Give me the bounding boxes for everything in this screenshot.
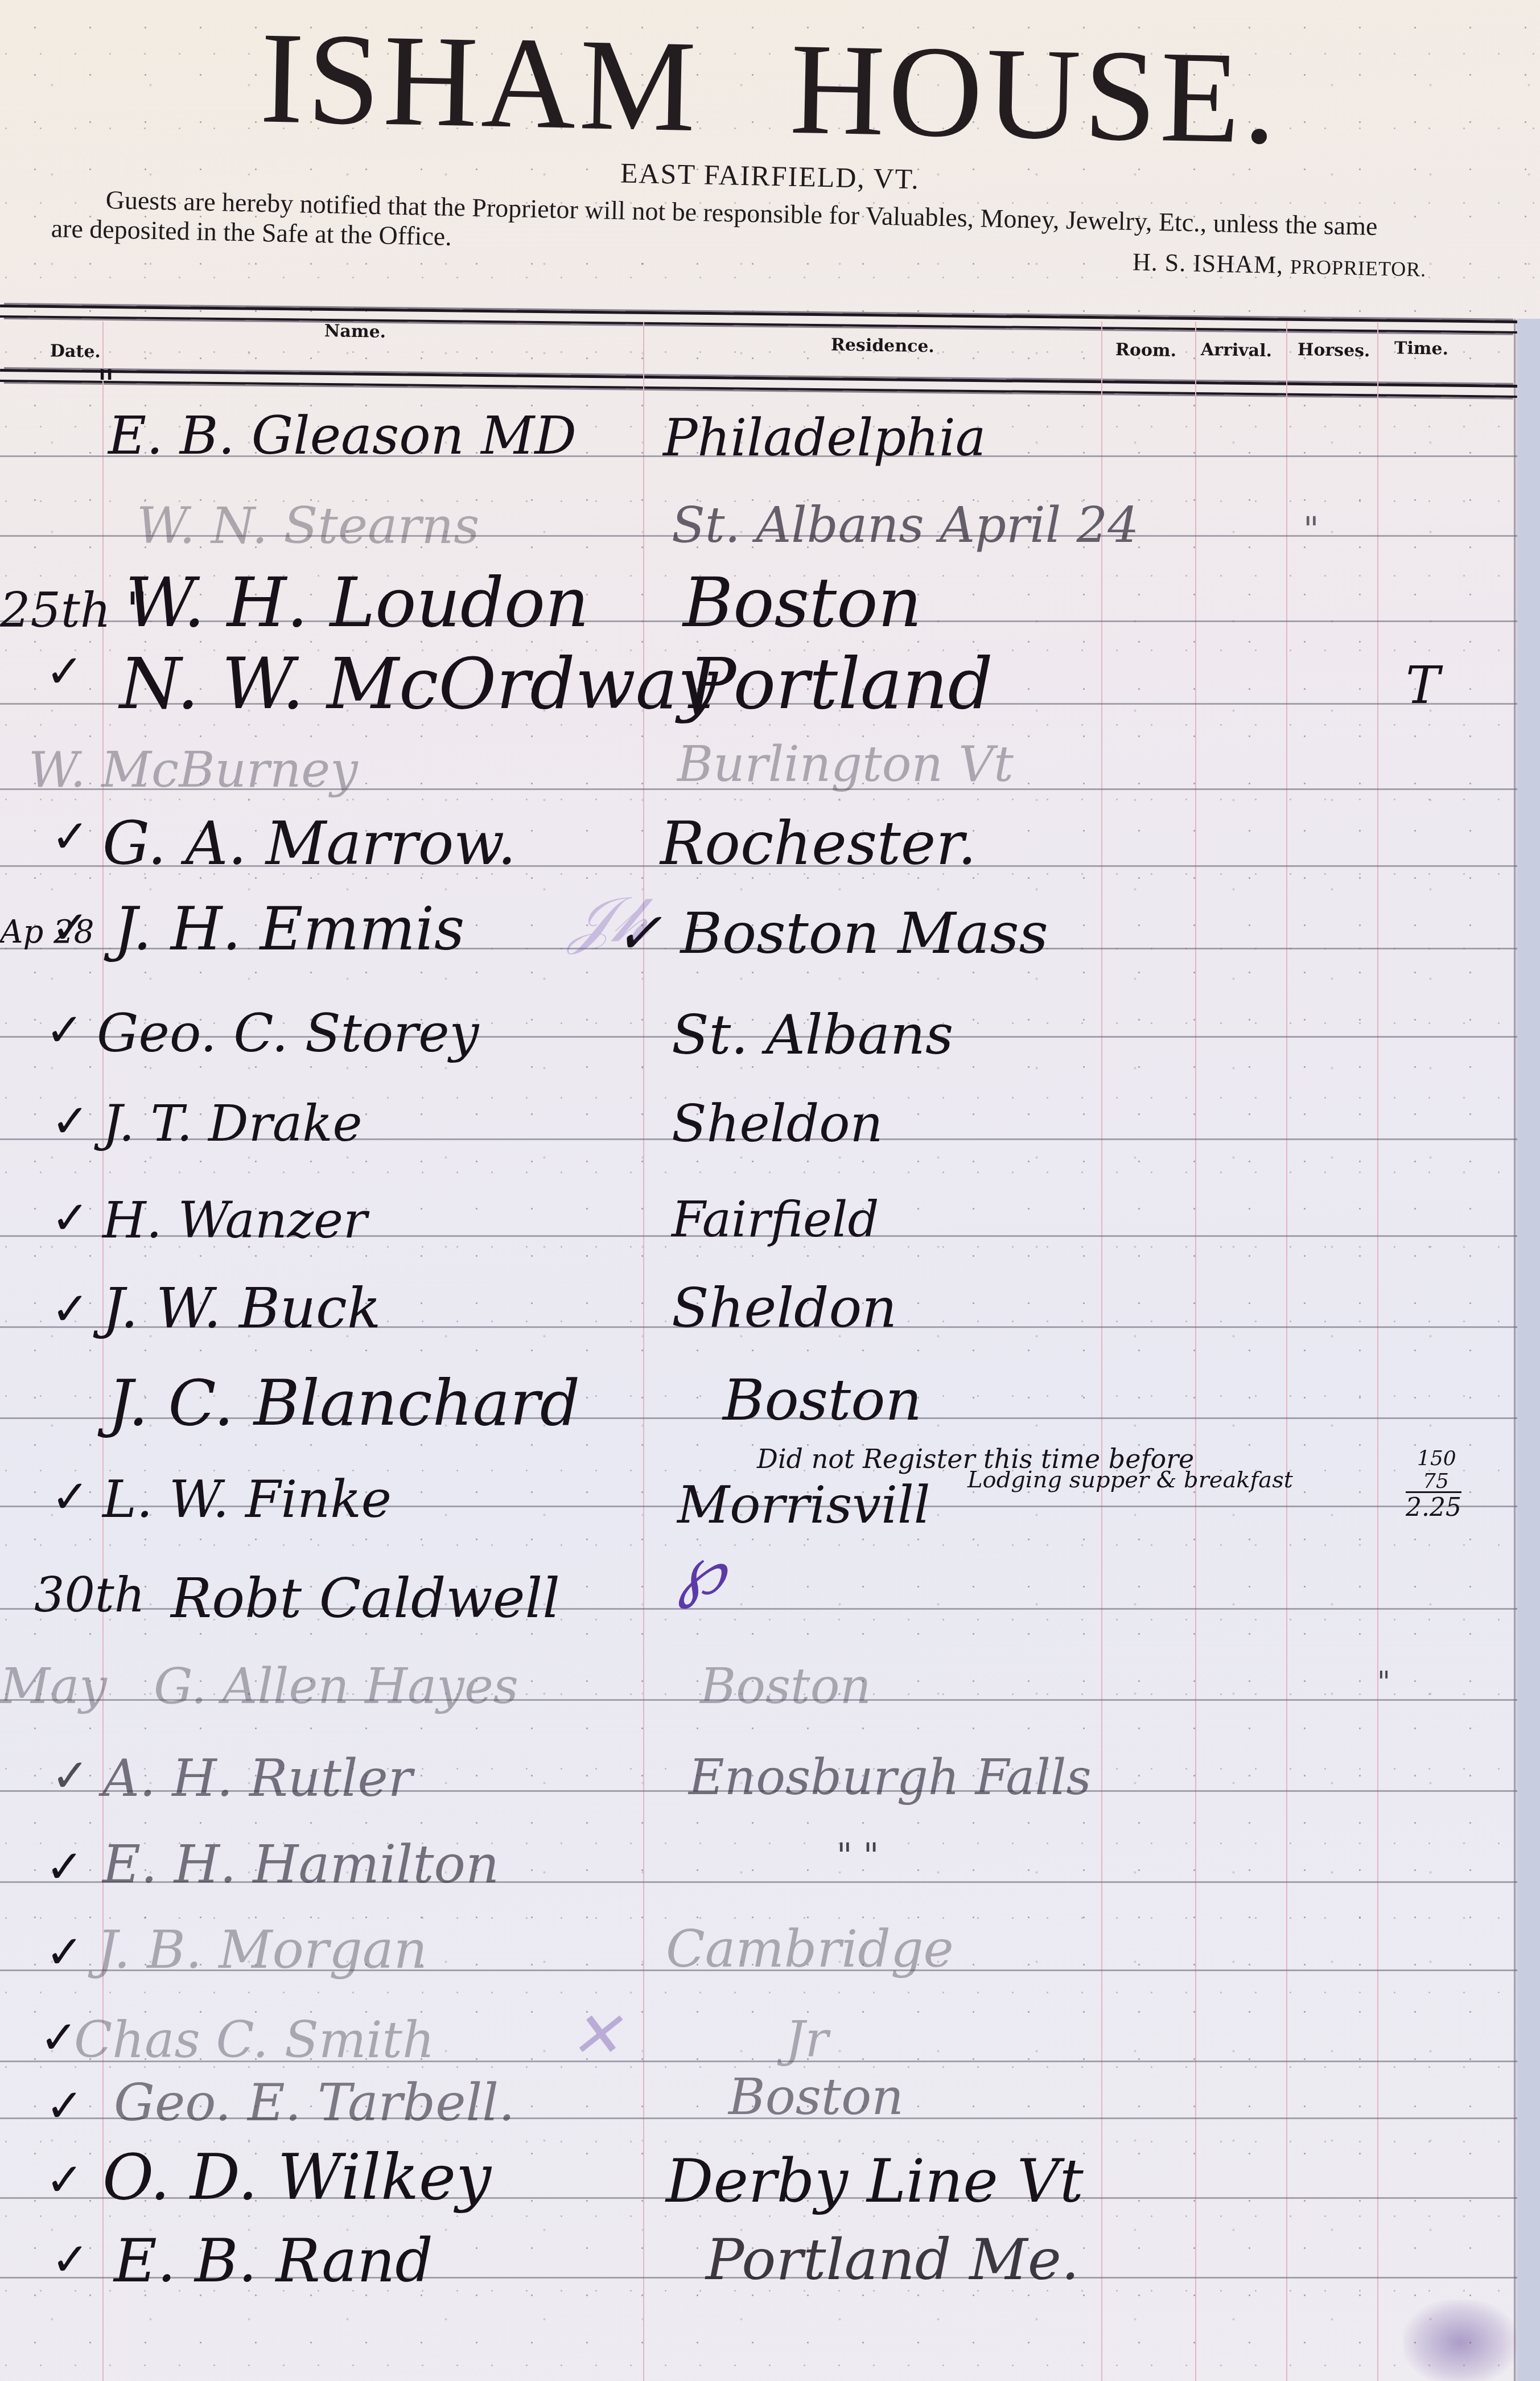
entry-time-total: 2.25	[1406, 1491, 1461, 1520]
entry-name: H. Wanzer	[102, 1195, 367, 1245]
entry-residence: Boston	[683, 569, 922, 638]
entry-residence: Jr	[785, 2015, 829, 2064]
entry-residence: St. Albans	[672, 1007, 953, 1062]
entry-residence: Derby Line Vt	[666, 2152, 1084, 2211]
entry-name: O. D. Wilkey	[102, 2146, 491, 2209]
entry-name: E. B. Rand	[114, 2231, 433, 2290]
checkmark-icon: ✓	[51, 1286, 89, 1332]
checkmark-icon: ✓	[46, 2083, 84, 2129]
entry-arrival: "	[1303, 512, 1319, 546]
entry-name: E. B. Gleason MD	[108, 410, 577, 462]
entry-time-item: 150	[1417, 1449, 1456, 1469]
checkmark-icon: ✓	[51, 2237, 89, 2283]
checkmark-icon: ✓	[51, 1474, 89, 1520]
entry-date: "	[97, 364, 115, 404]
entry-name: G. A. Marrow.	[102, 814, 516, 873]
entry-name: J. B. Morgan	[97, 1924, 427, 1976]
entry-residence: Fairfield	[672, 1195, 879, 1244]
entry-name: E. H. Hamilton	[102, 1839, 499, 1891]
column-header-date: Date.	[50, 341, 101, 362]
checkmark-icon: ✓	[51, 1195, 89, 1241]
entry-name: A. H. Rutler	[102, 1753, 413, 1804]
entry-name: J. T. Drake	[102, 1099, 363, 1149]
entry-name: J. W. Buck	[102, 1281, 381, 1337]
entry-date: 30th	[34, 1571, 145, 1619]
entry-name: J. C. Blanchard	[108, 1372, 580, 1434]
column-header-arrival: Arrival.	[1201, 340, 1273, 361]
checkmark-icon: ✓	[51, 814, 89, 860]
entry-residence: Rochester.	[660, 814, 977, 873]
faded-stamp: 𝒥𝒽	[569, 888, 648, 951]
column-header-horses: Horses.	[1298, 340, 1370, 361]
entry-residence: " "	[837, 1839, 879, 1873]
entry-residence: Sheldon	[672, 1099, 883, 1150]
column-header-room: Room.	[1115, 340, 1177, 361]
proprietor-signature: H. S. ISHAM, PROPRIETOR.	[1132, 248, 1426, 283]
entry-time: T	[1406, 660, 1440, 712]
book-edge	[1517, 319, 1540, 2381]
entry-arrival: "	[1377, 1668, 1390, 1696]
column-divider-horses	[1377, 322, 1378, 2381]
entry-residence: Burlington Vt	[677, 740, 1014, 789]
checkmark-icon: ✓	[51, 1099, 89, 1144]
entry-residence: Portland	[689, 649, 993, 719]
checkmark-icon: ✓	[46, 1844, 84, 1890]
checkmark-icon: ✓	[51, 1753, 89, 1799]
header-rule-bottom	[0, 369, 1517, 398]
entry-residence: Boston	[723, 1372, 922, 1429]
checkmark-icon: ✓	[46, 1930, 84, 1975]
proprietor-name: H. S. ISHAM,	[1132, 248, 1283, 279]
title-word-1: ISHAM	[259, 5, 701, 159]
entry-residence: St. Albans April 24	[672, 501, 1139, 550]
purple-ink-mark: ℘	[677, 1537, 725, 1605]
entry-time-item: 75	[1423, 1471, 1449, 1492]
entry-name: G. Allen Hayes	[154, 1662, 518, 1711]
checkmark-icon: ✓	[46, 2157, 84, 2203]
header-rule-top	[0, 305, 1517, 334]
entry-residence: Portland Me.	[706, 2231, 1080, 2288]
checkmark-icon: ✓	[51, 905, 89, 951]
entry-note-line-2: Lodging supper & breakfast	[967, 1469, 1293, 1491]
entry-residence: Boston	[728, 2072, 904, 2122]
entry-date: May	[0, 1662, 107, 1711]
entry-name: W. McBurney	[28, 746, 358, 795]
entry-name: J. H. Emmis	[114, 899, 464, 959]
column-header-name: Name.	[324, 321, 386, 342]
purple-scribble: ✕	[569, 2004, 621, 2066]
entry-name: Geo. E. Tarbell.	[114, 2078, 515, 2129]
entry-residence: Cambridge	[666, 1924, 954, 1975]
checkmark-icon: ✓	[46, 649, 84, 694]
entry-name: L. W. Finke	[102, 1474, 392, 1525]
checkmark-icon: ✓	[46, 1007, 84, 1053]
column-divider-name	[643, 322, 644, 2381]
checkmark-icon: ✓	[40, 2015, 78, 2061]
column-header-time: Time.	[1394, 338, 1449, 359]
column-header-residence: Residence.	[831, 335, 935, 356]
proprietor-title: PROPRIETOR.	[1290, 255, 1426, 281]
entry-name: Robt Caldwell	[171, 1571, 560, 1626]
column-divider-arrival	[1286, 322, 1287, 2381]
entry-residence: Enosburgh Falls	[689, 1753, 1092, 1802]
register-title: ISHAMHOUSE.	[0, 7, 1540, 170]
entry-name: Chas C. Smith	[74, 2015, 435, 2065]
ink-stain	[1403, 2300, 1517, 2381]
entry-name: W. N. Stearns	[137, 501, 479, 551]
entry-name: W. H. Loudon	[125, 569, 589, 638]
page-edge	[1514, 319, 1517, 2381]
title-word-2: HOUSE.	[789, 16, 1281, 171]
entry-name: Geo. C. Storey	[97, 1007, 479, 1060]
entry-residence: Boston	[700, 1662, 871, 1711]
column-divider-residence	[1101, 322, 1102, 2381]
entry-residence: ✓ Boston Mass	[615, 905, 1048, 962]
entry-name: N. W. McOrdway	[120, 649, 718, 719]
entry-residence: Morrisvill	[677, 1480, 930, 1531]
entry-residence: Sheldon	[672, 1281, 897, 1335]
column-divider-room	[1195, 322, 1196, 2381]
entry-residence: Philadelphia	[663, 413, 986, 464]
